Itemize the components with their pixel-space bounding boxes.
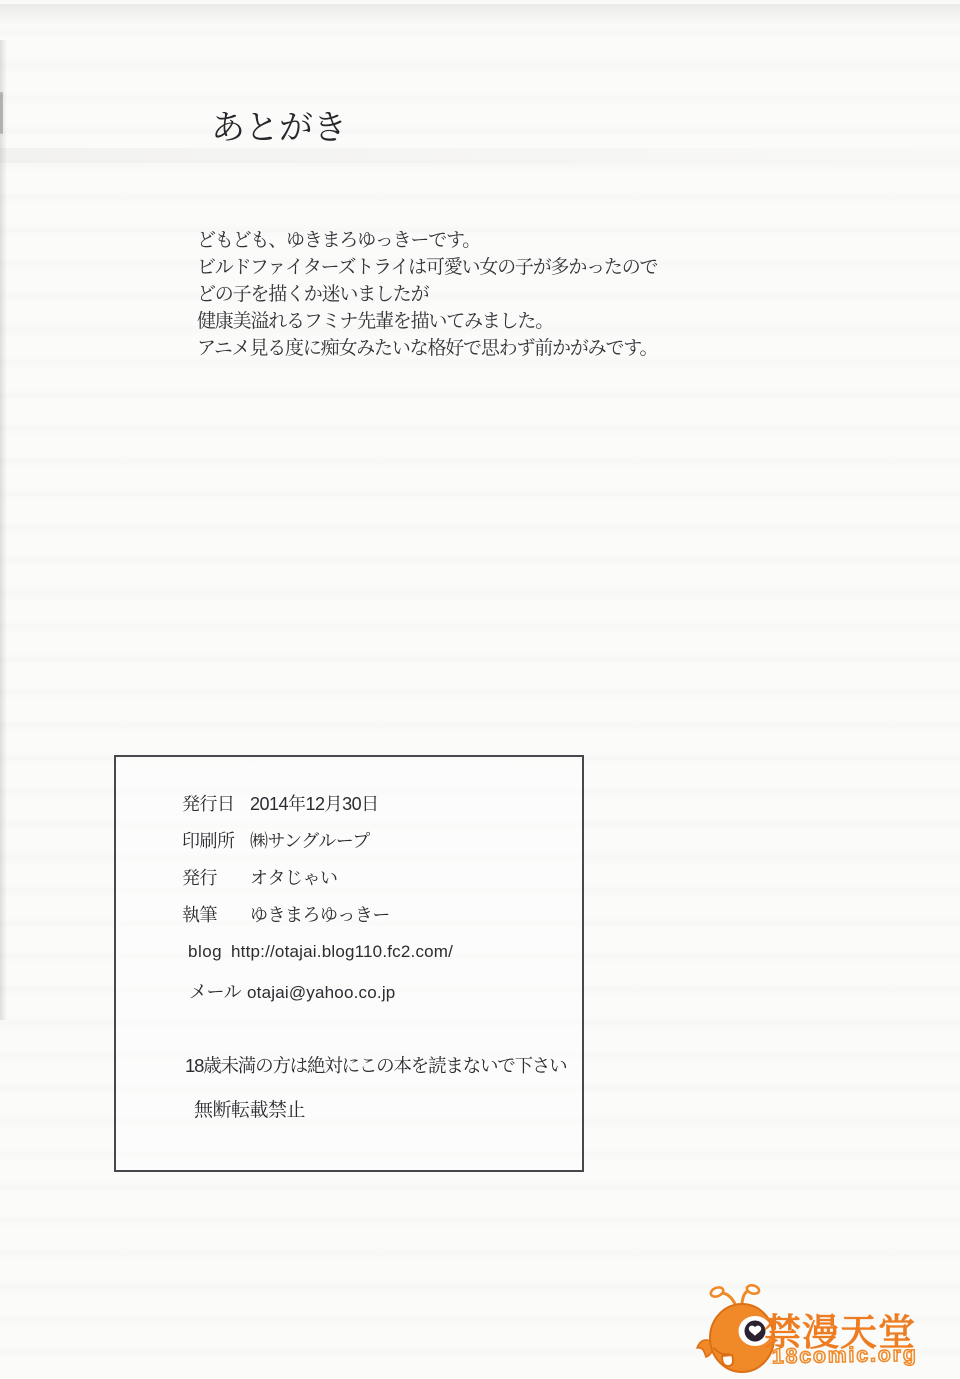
colophon-label: 執筆 xyxy=(182,901,250,927)
scan-artifact xyxy=(0,92,3,134)
colophon-value: オタじゃい xyxy=(250,868,338,888)
colophon-label: 発行 xyxy=(182,864,250,890)
colophon-row: 発行日2014年12月30日 xyxy=(182,790,379,816)
scanned-page: あとがき どもども、ゆきまろゆっきーです。 ビルドファイターズトライは可愛い女の… xyxy=(0,0,960,1379)
scan-artifact xyxy=(0,148,960,163)
afterword-line: 健康美溢れるフミナ先輩を描いてみました。 xyxy=(197,308,657,335)
email-row: メールotajai@yahoo.co.jp xyxy=(189,978,395,1004)
colophon-row: 発行オタじゃい xyxy=(182,864,338,890)
scan-artifact xyxy=(0,40,7,1020)
site-url: 18comic.org xyxy=(772,1343,918,1370)
colophon-value: ゆきまろゆっきー xyxy=(250,905,390,925)
blog-url: http://otajai.blog110.fc2.com/ xyxy=(231,942,453,961)
colophon-label: 印刷所 xyxy=(182,827,250,853)
colophon-box: 発行日2014年12月30日 印刷所㈱サングループ 発行オタじゃい 執筆ゆきまろ… xyxy=(114,755,584,1172)
afterword-line: どもども、ゆきまろゆっきーです。 xyxy=(197,227,657,254)
watermark-logo: 禁漫天堂 18comic.org xyxy=(690,1278,960,1379)
blog-label: blog xyxy=(188,942,231,962)
afterword-line: どの子を描くか迷いましたが xyxy=(197,281,657,308)
colophon-row: 執筆ゆきまろゆっきー xyxy=(182,901,390,927)
afterword-line: ビルドファイターズトライは可愛い女の子が多かったので xyxy=(197,254,657,281)
blog-row: bloghttp://otajai.blog110.fc2.com/ xyxy=(188,942,453,962)
colophon-value: 2014年12月30日 xyxy=(250,794,379,814)
email-address: otajai@yahoo.co.jp xyxy=(247,983,395,1002)
scan-artifact xyxy=(0,0,960,1379)
colophon-label: 発行日 xyxy=(182,790,250,816)
colophon-row: 印刷所㈱サングループ xyxy=(182,827,370,853)
colophon-value: ㈱サングループ xyxy=(250,831,370,851)
afterword-line: アニメ見る度に痴女みたいな格好で思わず前かがみです。 xyxy=(197,335,657,362)
reprint-notice: 無断転載禁止 xyxy=(194,1095,305,1122)
email-label: メール xyxy=(189,978,247,1004)
afterword-title: あとがき xyxy=(211,100,347,149)
age-warning: 18歳未満の方は絶対にこの本を読まないで下さい xyxy=(185,1052,566,1078)
afterword-paragraph: どもども、ゆきまろゆっきーです。 ビルドファイターズトライは可愛い女の子が多かっ… xyxy=(197,227,657,362)
scan-artifact xyxy=(0,4,960,30)
